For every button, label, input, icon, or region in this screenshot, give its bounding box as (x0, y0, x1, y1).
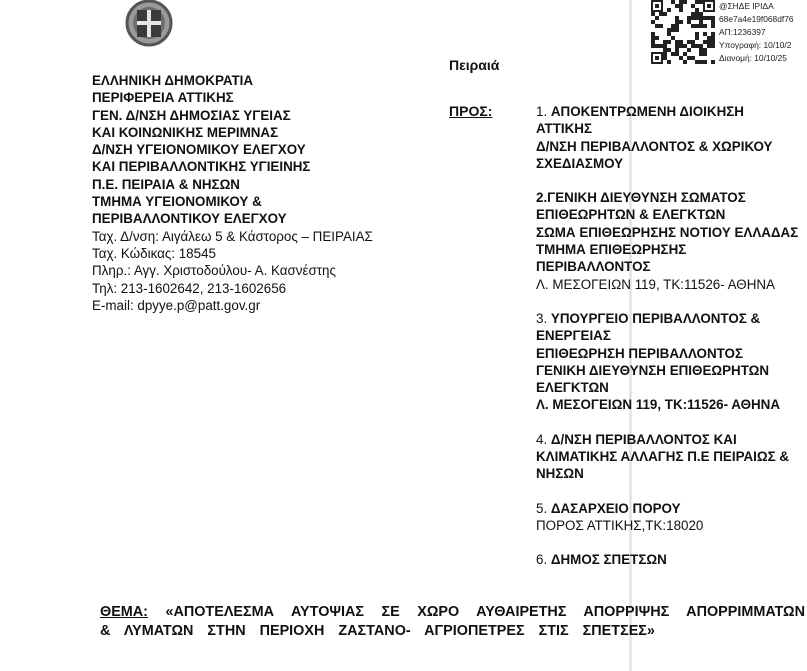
sender-heading-line: ΚΑΙ ΚΟΙΝΩΝΙΚΗΣ ΜΕΡΙΜΝΑΣ (92, 124, 373, 141)
recipient-line: ΕΠΙΘΕΩΡΗΤΩΝ & ΕΛΕΓΚΤΩΝ (536, 207, 725, 222)
subject-label: ΘΕΜΑ: (100, 604, 148, 620)
stamp-hash: 68e7a4e19f068df76 (719, 13, 794, 26)
recipient-line: Δ/ΝΣΗ ΠΕΡΙΒΑΛΛΟΝΤΟΣ & ΧΩΡΙΚΟΥ (536, 139, 772, 154)
sender-block: ΕΛΛΗΝΙΚΗ ΔΗΜΟΚΡΑΤΙΑΠΕΡΙΦΕΡΕΙΑ ΑΤΤΙΚΗΣΓΕΝ… (92, 72, 373, 314)
digital-signature-stamp: @ΣΗΔΕ ΙΡΙΔΑ 68e7a4e19f068df76 ΑΠ:1236397… (719, 0, 794, 65)
recipient-line: Δ/ΝΣΗ ΠΕΡΙΒΑΛΛΟΝΤΟΣ ΚΑΙ (551, 432, 737, 447)
recipient-item: 3. ΥΠΟΥΡΓΕΙΟ ΠΕΡΙΒΑΛΛΟΝΤΟΣ &ΕΝΕΡΓΕΙΑΣΕΠΙ… (536, 310, 798, 414)
sender-contact-info: Πληρ.: Αγγ. Χριστοδούλου- Α. Κασνέστης (92, 262, 373, 279)
sender-heading-line: ΕΛΛΗΝΙΚΗ ΔΗΜΟΚΡΑΤΙΑ (92, 72, 373, 89)
recipient-line: ΚΛΙΜΑΤΙΚΗΣ ΑΛΛΑΓΗΣ Π.Ε ΠΕΙΡΑΙΩΣ & (536, 449, 789, 464)
recipient-line: ΝΗΣΩΝ (536, 466, 584, 481)
recipient-item: 6. ΔΗΜΟΣ ΣΠΕΤΣΩΝ (536, 551, 798, 568)
subject: ΘΕΜΑ: «ΑΠΟΤΕΛΕΣΜΑ ΑΥΤΟΨΙΑΣ ΣΕ ΧΩΡΟ ΑΥΘΑΙ… (100, 603, 805, 641)
recipient-line: ΤΜΗΜΑ ΕΠΙΘΕΩΡΗΣΗΣ (536, 242, 686, 257)
greek-coat-of-arms-icon (120, 0, 178, 50)
recipient-number: 3. (536, 311, 551, 326)
recipient-line: ΔΑΣΑΡΧΕΙΟ ΠΟΡΟΥ (551, 501, 681, 516)
sender-heading-line: ΚΑΙ ΠΕΡΙΒΑΛΛΟΝΤΙΚΗΣ ΥΓΙΕΙΝΗΣ (92, 158, 373, 175)
stamp-distribution-date: Διανομή: 10/10/25 (719, 52, 794, 65)
recipient-address: Λ. ΜΕΣΟΓΕΙΩΝ 119, ΤΚ:11526- ΑΘΗΝΑ (536, 276, 798, 293)
sender-heading-line: ΓΕΝ. Δ/ΝΣΗ ΔΗΜΟΣΙΑΣ ΥΓΕΙΑΣ (92, 107, 373, 124)
recipient-line: Λ. ΜΕΣΟΓΕΙΩΝ 119, ΤΚ:11526- ΑΘΗΝΑ (536, 397, 780, 412)
recipient-line: ΥΠΟΥΡΓΕΙΟ ΠΕΡΙΒΑΛΛΟΝΤΟΣ & (551, 311, 760, 326)
recipient-address: ΠΟΡΟΣ ΑΤΤΙΚΗΣ,ΤΚ:18020 (536, 517, 798, 534)
sender-address: Ταχ. Δ/νση: Αιγάλεω 5 & Κάστορος – ΠΕΙΡΑ… (92, 228, 373, 245)
recipient-line: ΑΠΟΚΕΝΤΡΩΜΕΝΗ ΔΙΟΙΚΗΣΗ (551, 104, 744, 119)
recipient-item: 2.ΓΕΝΙΚΗ ΔΙΕΥΘΥΝΣΗ ΣΩΜΑΤΟΣΕΠΙΘΕΩΡΗΤΩΝ & … (536, 189, 798, 293)
recipient-line: ΠΕΡΙΒΑΛΛΟΝΤΟΣ (536, 259, 651, 274)
recipient-line: ΓΕΝΙΚΗ ΔΙΕΥΘΥΝΣΗ ΕΠΙΘΕΩΡΗΤΩΝ (536, 363, 769, 378)
recipient-number: 2. (536, 190, 547, 205)
sender-heading-line: Δ/ΝΣΗ ΥΓΕΙΟΝΟΜΙΚΟΥ ΕΛΕΓΧΟΥ (92, 141, 373, 158)
recipient-line: ΣΩΜΑ ΕΠΙΘΕΩΡΗΣΗΣ ΝΟΤΙΟΥ ΕΛΛΑΔΑΣ (536, 225, 798, 240)
recipient-number: 4. (536, 432, 551, 447)
recipient-line: ΕΠΙΘΕΩΡΗΣΗ ΠΕΡΙΒΑΛΛΟΝΤΟΣ (536, 346, 743, 361)
sender-email[interactable]: E-mail: dpyye.p@patt.gov.gr (92, 297, 373, 314)
recipient-line: ΑΤΤΙΚΗΣ (536, 121, 592, 136)
stamp-signature-date: Υπογραφή: 10/10/2 (719, 39, 794, 52)
recipient-number: 1. (536, 104, 551, 119)
recipient-line: ΣΧΕΔΙΑΣΜΟΥ (536, 156, 623, 171)
to-label: ΠΡΟΣ: (449, 103, 492, 119)
recipient-item: 4. Δ/ΝΣΗ ΠΕΡΙΒΑΛΛΟΝΤΟΣ ΚΑΙΚΛΙΜΑΤΙΚΗΣ ΑΛΛ… (536, 431, 798, 483)
recipient-number: 6. (536, 552, 551, 567)
recipient-number: 5. (536, 501, 551, 516)
sender-phone: Τηλ: 213-1602642, 213-1602656 (92, 280, 373, 297)
qr-code-icon[interactable] (651, 0, 715, 64)
sender-heading-line: ΠΕΡΙΦΕΡΕΙΑ ΑΤΤΙΚΗΣ (92, 89, 373, 106)
sender-heading-line: ΠΕΡΙΒΑΛΛΟΝΤΙΚΟΥ ΕΛΕΓΧΟΥ (92, 210, 373, 227)
recipient-line: ΔΗΜΟΣ ΣΠΕΤΣΩΝ (551, 552, 667, 567)
subject-text: «ΑΠΟΤΕΛΕΣΜΑ ΑΥΤΟΨΙΑΣ ΣΕ ΧΩΡΟ ΑΥΘΑΙΡΕΤΗΣ … (100, 604, 805, 639)
stamp-protocol-number: ΑΠ:1236397 (719, 26, 794, 39)
recipient-line: ΕΛΕΓΚΤΩΝ (536, 380, 609, 395)
recipients-list: 1. ΑΠΟΚΕΝΤΡΩΜΕΝΗ ΔΙΟΙΚΗΣΗΑΤΤΙΚΗΣΔ/ΝΣΗ ΠΕ… (536, 103, 798, 586)
sender-heading-line: Π.Ε. ΠΕΙΡΑΙΑ & ΝΗΣΩΝ (92, 176, 373, 193)
recipient-item: 5. ΔΑΣΑΡΧΕΙΟ ΠΟΡΟΥΠΟΡΟΣ ΑΤΤΙΚΗΣ,ΤΚ:18020 (536, 500, 798, 535)
stamp-system: @ΣΗΔΕ ΙΡΙΔΑ (719, 0, 794, 13)
sender-heading-line: ΤΜΗΜΑ ΥΓΕΙΟΝΟΜΙΚΟΥ & (92, 193, 373, 210)
recipient-line: ΕΝΕΡΓΕΙΑΣ (536, 328, 611, 343)
recipient-item: 1. ΑΠΟΚΕΝΤΡΩΜΕΝΗ ΔΙΟΙΚΗΣΗΑΤΤΙΚΗΣΔ/ΝΣΗ ΠΕ… (536, 103, 798, 172)
recipient-line: ΓΕΝΙΚΗ ΔΙΕΥΘΥΝΣΗ ΣΩΜΑΤΟΣ (547, 190, 746, 205)
sender-postal-code: Ταχ. Κώδικας: 18545 (92, 245, 373, 262)
city: Πειραιά (449, 57, 499, 73)
